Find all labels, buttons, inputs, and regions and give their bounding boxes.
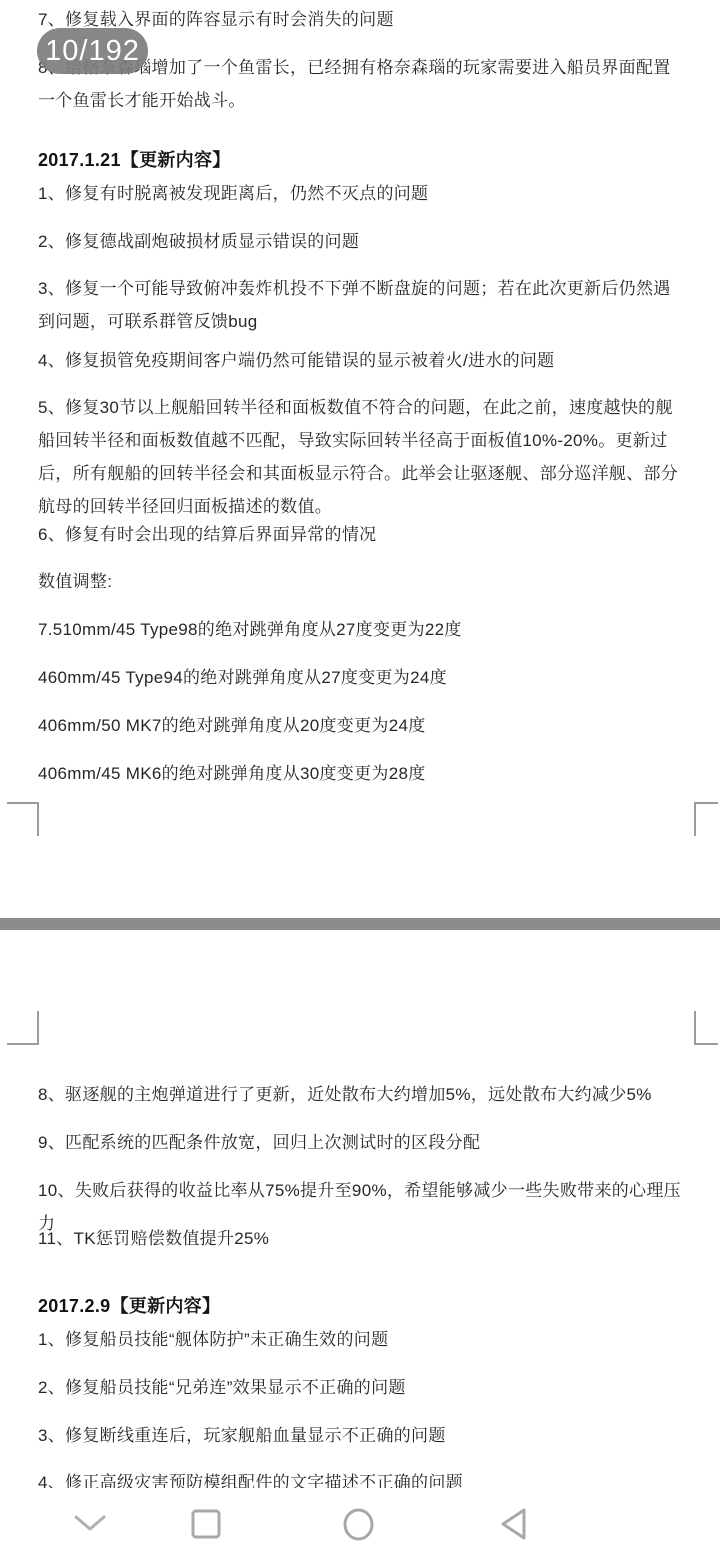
doc-paragraph: 6、修复有时会出现的结算后界面异常的情况 — [38, 518, 684, 551]
doc-paragraph: 406mm/50 MK7的绝对跳弹角度从20度变更为24度 — [38, 709, 684, 742]
page-corner-mark — [7, 1011, 39, 1045]
doc-paragraph: 460mm/45 Type94的绝对跳弹角度从27度变更为24度 — [38, 661, 684, 694]
doc-paragraph: 1、修复船员技能“舰体防护”未正确生效的问题 — [38, 1323, 684, 1356]
doc-paragraph: 11、TK惩罚赔偿数值提升25% — [38, 1222, 684, 1255]
doc-paragraph: 1、修复有时脱离被发现距离后，仍然不灭点的问题 — [38, 177, 684, 210]
circle-icon — [343, 1508, 374, 1541]
nav-home-button[interactable] — [326, 1488, 390, 1560]
page-indicator-badge: 10/192 — [37, 28, 148, 74]
doc-heading-2017-2-9: 2017.2.9【更新内容】 — [38, 1290, 684, 1323]
doc-paragraph: 5、修复30节以上舰船回转半径和面板数值不符合的问题，在此之前，速度越快的舰船回… — [38, 391, 684, 523]
nav-hide-button[interactable] — [58, 1488, 122, 1560]
doc-paragraph: 8、驱逐舰的主炮弹道进行了更新，近处散布大约增加5%，远处散布大约减少5% — [38, 1078, 684, 1111]
nav-back-button[interactable] — [481, 1488, 545, 1560]
doc-paragraph: 数值调整: — [38, 565, 684, 598]
page-corner-mark — [694, 802, 718, 836]
square-icon — [191, 1509, 221, 1539]
doc-heading-2017-1-21: 2017.1.21【更新内容】 — [38, 144, 684, 177]
doc-paragraph: 2、修复船员技能“兄弟连”效果显示不正确的问题 — [38, 1371, 684, 1404]
doc-paragraph: 406mm/45 MK6的绝对跳弹角度从30度变更为28度 — [38, 757, 684, 790]
page-corner-mark — [694, 1011, 718, 1045]
doc-paragraph: 3、修复断线重连后，玩家舰船血量显示不正确的问题 — [38, 1419, 684, 1452]
triangle-left-icon — [498, 1506, 528, 1542]
doc-paragraph: 2、修复德战副炮破损材质显示错误的问题 — [38, 225, 684, 258]
doc-paragraph: 7.510mm/45 Type98的绝对跳弹角度从27度变更为22度 — [38, 613, 684, 646]
chevron-down-icon — [74, 1514, 106, 1534]
doc-paragraph: 4、修复损管免疫期间客户端仍然可能错误的显示被着火/进水的问题 — [38, 344, 684, 377]
page-separator — [0, 918, 720, 930]
android-nav-bar — [0, 1488, 720, 1560]
doc-paragraph: 9、匹配系统的匹配条件放宽，回归上次测试时的区段分配 — [38, 1126, 684, 1159]
doc-paragraph: 3、修复一个可能导致俯冲轰炸机投不下弹不断盘旋的问题；若在此次更新后仍然遇到问题… — [38, 272, 684, 338]
nav-recents-button[interactable] — [174, 1488, 238, 1560]
page-corner-mark — [7, 802, 39, 836]
document-viewer-screen[interactable]: 10/192 7、修复载入界面的阵容显示有时会消失的问题 8、给格奈森瑙增加了一… — [0, 0, 720, 1560]
page-indicator-text: 10/192 — [45, 35, 140, 68]
